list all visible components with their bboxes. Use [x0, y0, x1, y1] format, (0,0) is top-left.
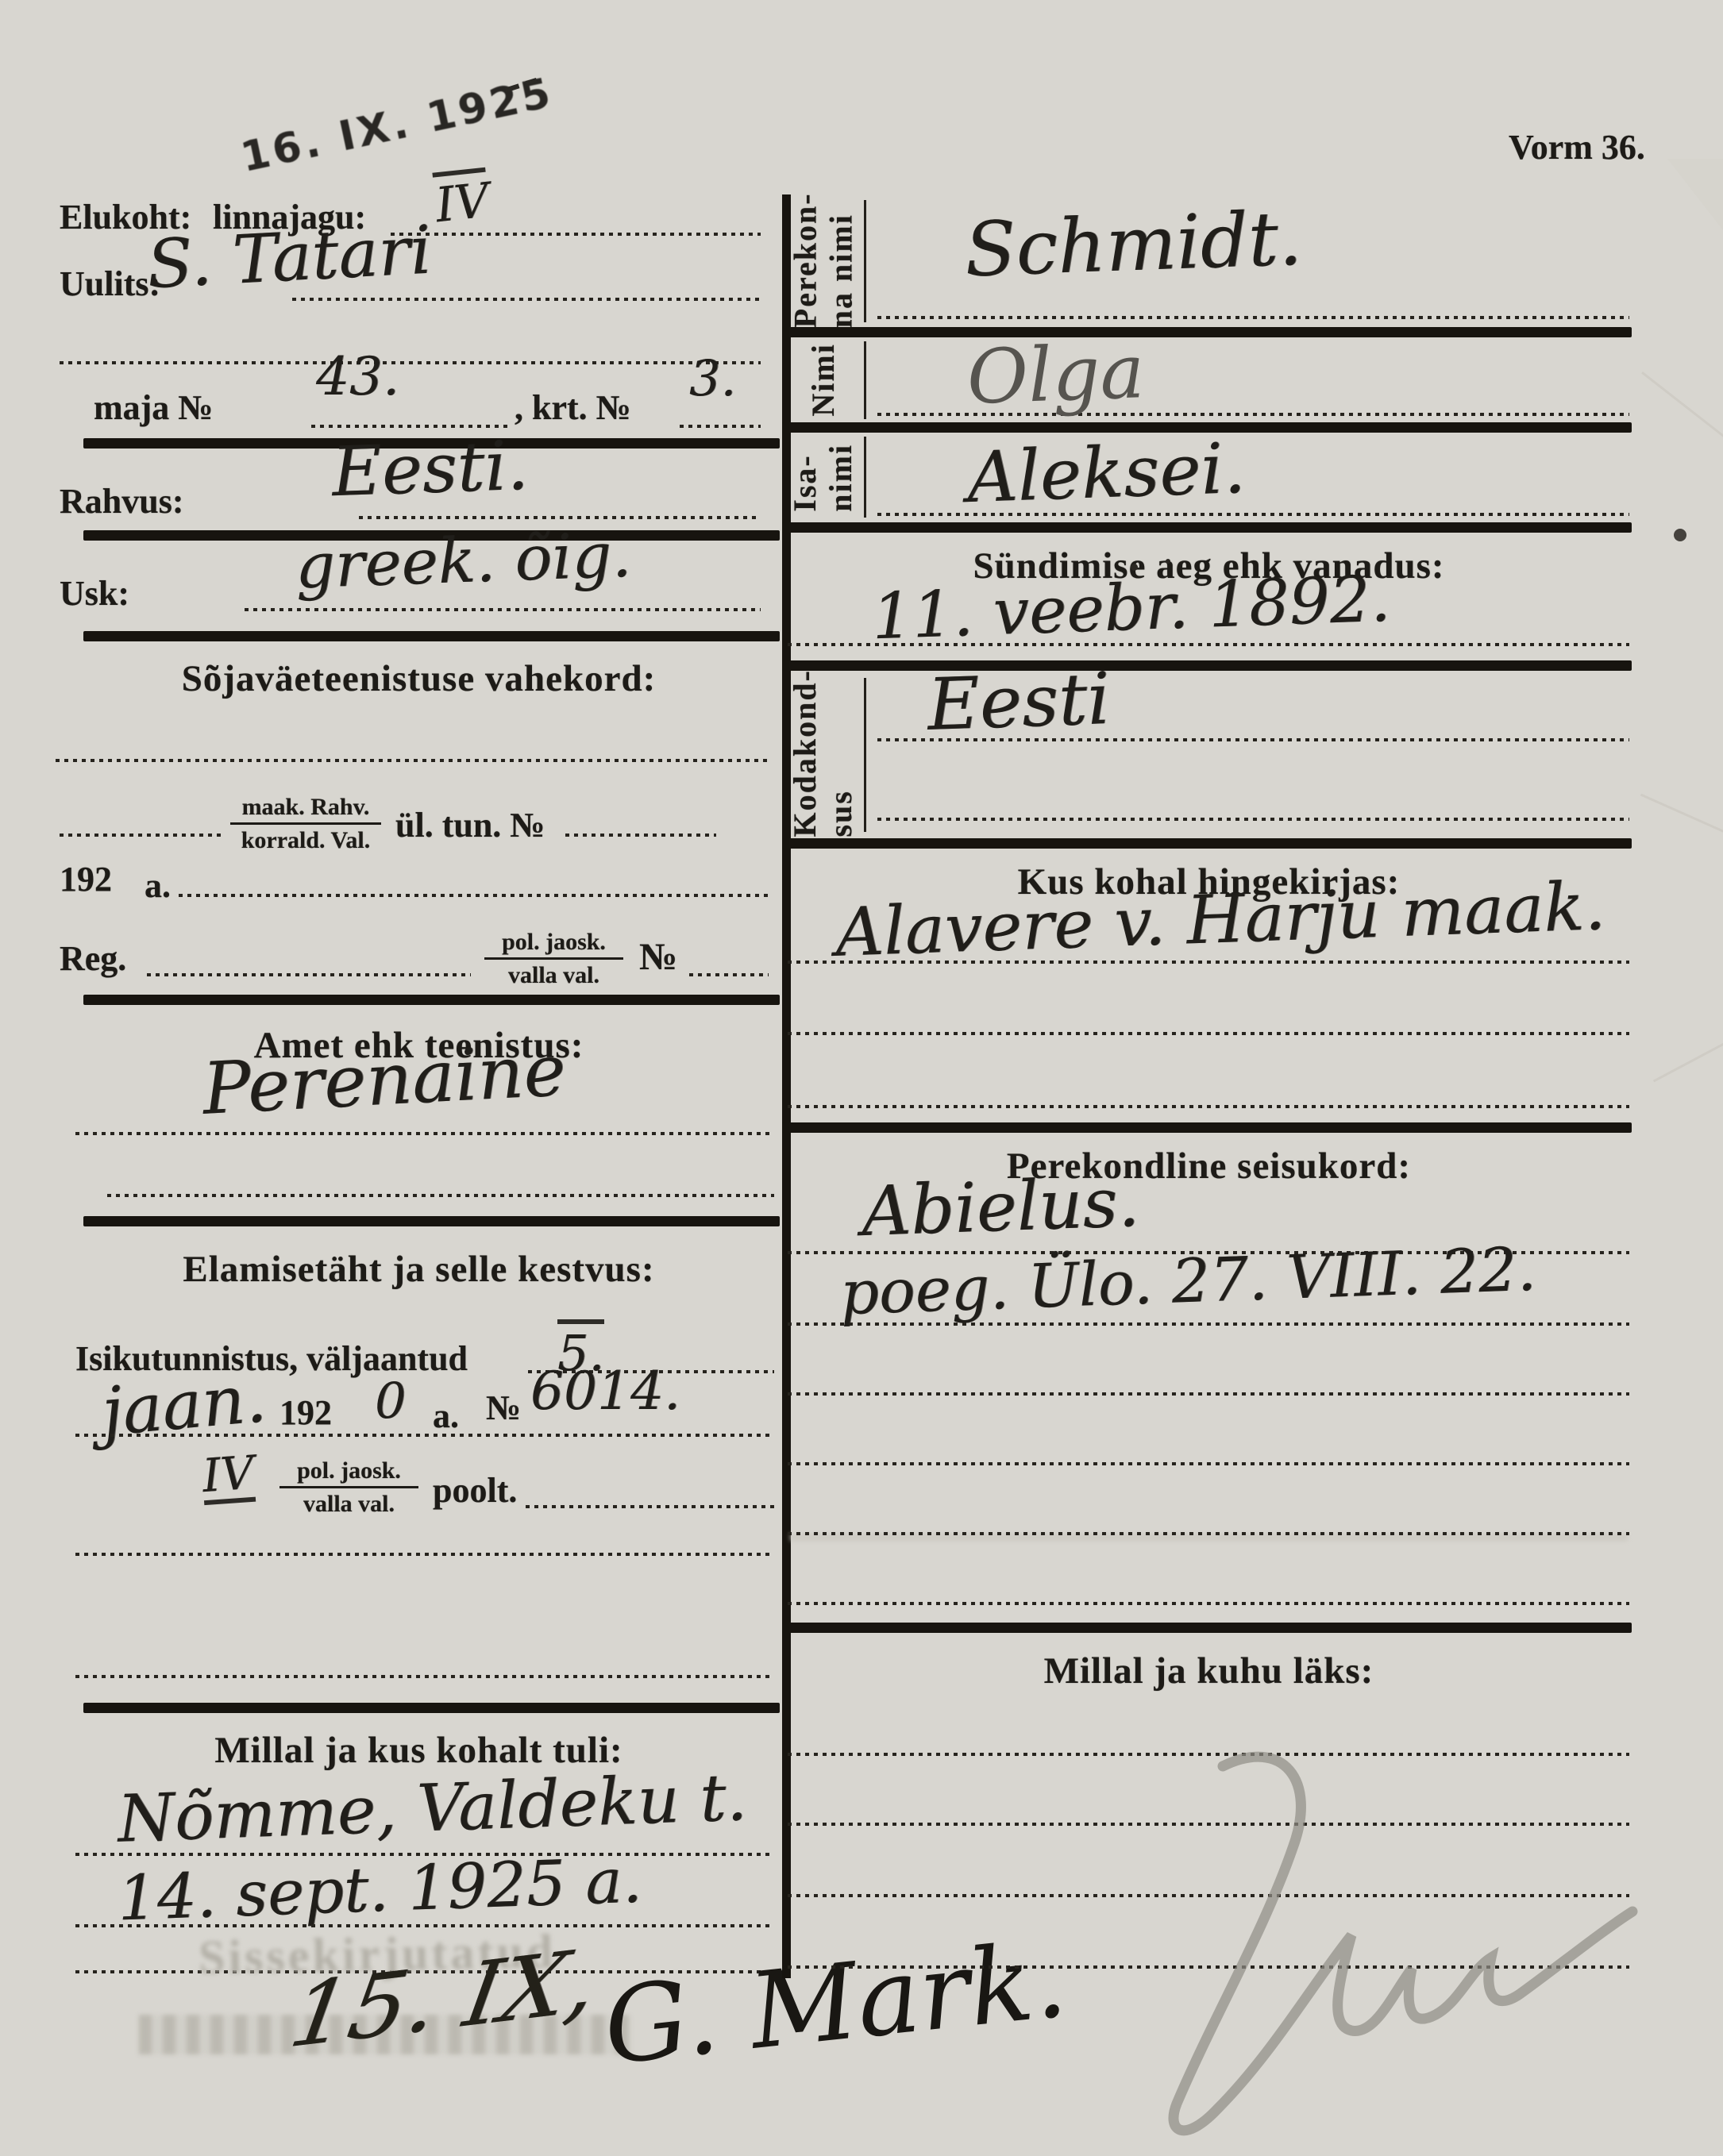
birth-entry: 11. veebr. 1892.	[871, 568, 1391, 649]
rule	[782, 660, 1632, 671]
registration-card-vorm36: 16. IX. 1925 Vorm 36. Elukoht: linnajagu…	[0, 0, 1723, 2156]
rule	[782, 1623, 1632, 1633]
surname-entry: Schmidt.	[963, 202, 1303, 289]
father-label-box: Isa- nimi	[784, 433, 863, 522]
right-column: Perekon- na nimi Schmidt. Nimi Olga Isa-…	[0, 0, 1723, 2156]
surname-label: Perekon- na nimi	[788, 192, 859, 328]
ink-speck	[1674, 529, 1686, 541]
hingekiri-line-1	[788, 961, 1629, 964]
family-line-5	[788, 1532, 1629, 1535]
ink-speck	[1166, 559, 1170, 564]
hingekiri-line-2	[788, 1032, 1629, 1035]
citizenship-entry: Eesti	[926, 664, 1111, 741]
father-entry: Aleksei.	[966, 433, 1247, 513]
surname-line	[877, 316, 1629, 319]
rule	[782, 838, 1632, 849]
family-line-2	[788, 1322, 1629, 1326]
citizenship-line-2	[877, 818, 1629, 821]
name-label-box: Nimi	[784, 338, 863, 421]
father-label: Isa- nimi	[788, 444, 859, 512]
laks-header: Millal ja kuhu läks:	[786, 1650, 1632, 1692]
family-line-4	[788, 1462, 1629, 1465]
torn-corner	[1667, 159, 1723, 230]
family-line-3	[788, 1392, 1629, 1396]
citizenship-line-1	[877, 738, 1629, 741]
label-separator	[864, 437, 866, 518]
label-separator	[864, 341, 866, 419]
surname-label-box: Perekon- na nimi	[784, 194, 863, 325]
birth-line	[788, 643, 1629, 646]
citizenship-label: Kodakond- sus	[788, 669, 859, 837]
pencil-signature	[977, 1731, 1659, 2151]
hingekiri-line-3	[788, 1105, 1629, 1108]
rule	[782, 1122, 1632, 1133]
name-entry: Olga	[966, 335, 1145, 416]
citizenship-label-box: Kodakond- sus	[784, 672, 863, 835]
label-separator	[864, 678, 866, 832]
rule	[782, 522, 1632, 533]
ink-speck	[1131, 564, 1138, 571]
family-line-6	[788, 1602, 1629, 1605]
name-label: Nimi	[806, 343, 842, 416]
label-separator	[864, 200, 866, 322]
family-entry: Abielus.	[861, 1168, 1141, 1246]
rule	[782, 327, 1632, 337]
